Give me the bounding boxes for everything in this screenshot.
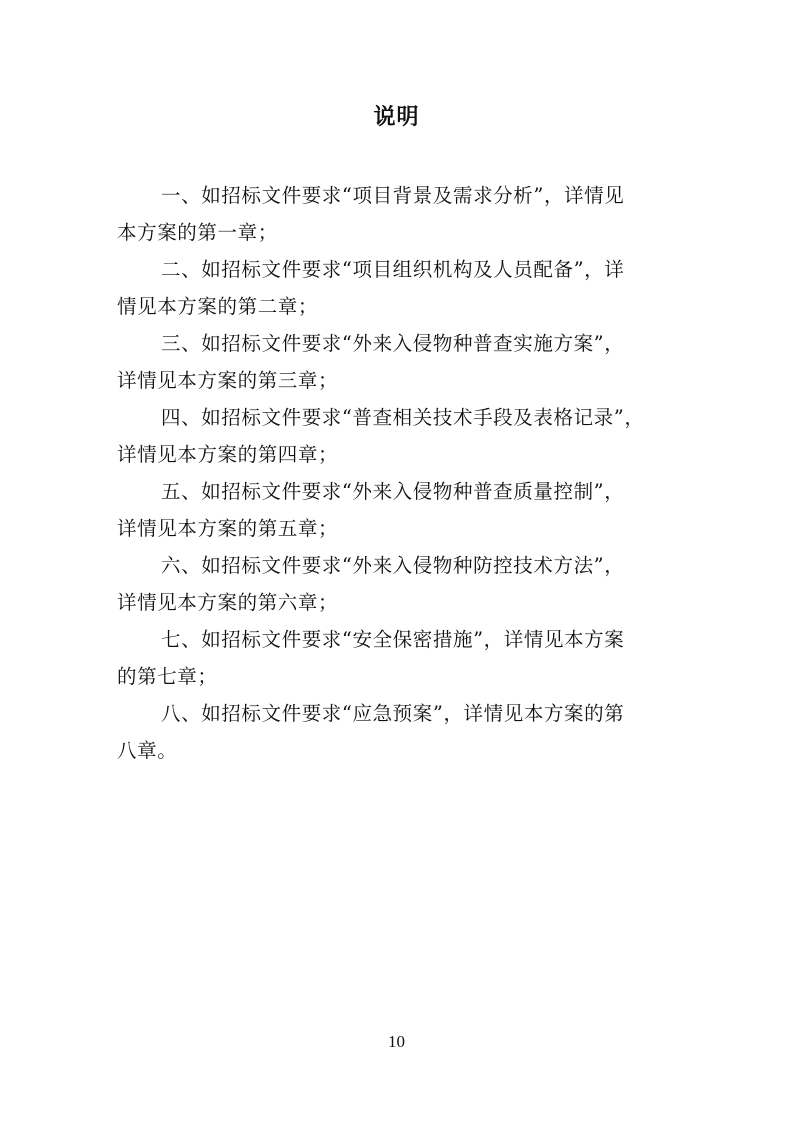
paragraph-line: 详情见本方案的第四章； xyxy=(117,436,677,473)
paragraph-line: 五、如招标文件要求“外来入侵物种普查质量控制”， xyxy=(117,473,677,510)
document-page: 说明 一、如招标文件要求“项目背景及需求分析”，详情见 本方案的第一章； 二、如… xyxy=(0,0,793,1122)
paragraph-7: 七、如招标文件要求“安全保密措施”，详情见本方案 的第七章； xyxy=(117,621,677,695)
paragraph-line: 一、如招标文件要求“项目背景及需求分析”，详情见 xyxy=(117,177,677,214)
paragraph-line: 三、如招标文件要求“外来入侵物种普查实施方案”， xyxy=(117,325,677,362)
paragraph-line: 四、如招标文件要求“普查相关技术手段及表格记录”， xyxy=(117,399,677,436)
page-title: 说明 xyxy=(0,100,793,136)
paragraph-line: 八章。 xyxy=(117,732,677,769)
paragraph-line: 六、如招标文件要求“外来入侵物种防控技术方法”， xyxy=(117,547,677,584)
paragraph-line: 本方案的第一章； xyxy=(117,214,677,251)
paragraph-5: 五、如招标文件要求“外来入侵物种普查质量控制”， 详情见本方案的第五章； xyxy=(117,473,677,547)
paragraph-2: 二、如招标文件要求“项目组织机构及人员配备”，详 情见本方案的第二章； xyxy=(117,251,677,325)
paragraph-line: 详情见本方案的第三章； xyxy=(117,362,677,399)
paragraph-8: 八、如招标文件要求“应急预案”，详情见本方案的第 八章。 xyxy=(117,695,677,769)
document-body: 一、如招标文件要求“项目背景及需求分析”，详情见 本方案的第一章； 二、如招标文… xyxy=(117,177,677,769)
paragraph-1: 一、如招标文件要求“项目背景及需求分析”，详情见 本方案的第一章； xyxy=(117,177,677,251)
page-number: 10 xyxy=(0,1030,793,1054)
paragraph-line: 情见本方案的第二章； xyxy=(117,288,677,325)
paragraph-line: 八、如招标文件要求“应急预案”，详情见本方案的第 xyxy=(117,695,677,732)
paragraph-line: 的第七章； xyxy=(117,658,677,695)
paragraph-3: 三、如招标文件要求“外来入侵物种普查实施方案”， 详情见本方案的第三章； xyxy=(117,325,677,399)
paragraph-line: 二、如招标文件要求“项目组织机构及人员配备”，详 xyxy=(117,251,677,288)
paragraph-6: 六、如招标文件要求“外来入侵物种防控技术方法”， 详情见本方案的第六章； xyxy=(117,547,677,621)
paragraph-line: 详情见本方案的第五章； xyxy=(117,510,677,547)
paragraph-line: 详情见本方案的第六章； xyxy=(117,584,677,621)
paragraph-4: 四、如招标文件要求“普查相关技术手段及表格记录”， 详情见本方案的第四章； xyxy=(117,399,677,473)
paragraph-line: 七、如招标文件要求“安全保密措施”，详情见本方案 xyxy=(117,621,677,658)
